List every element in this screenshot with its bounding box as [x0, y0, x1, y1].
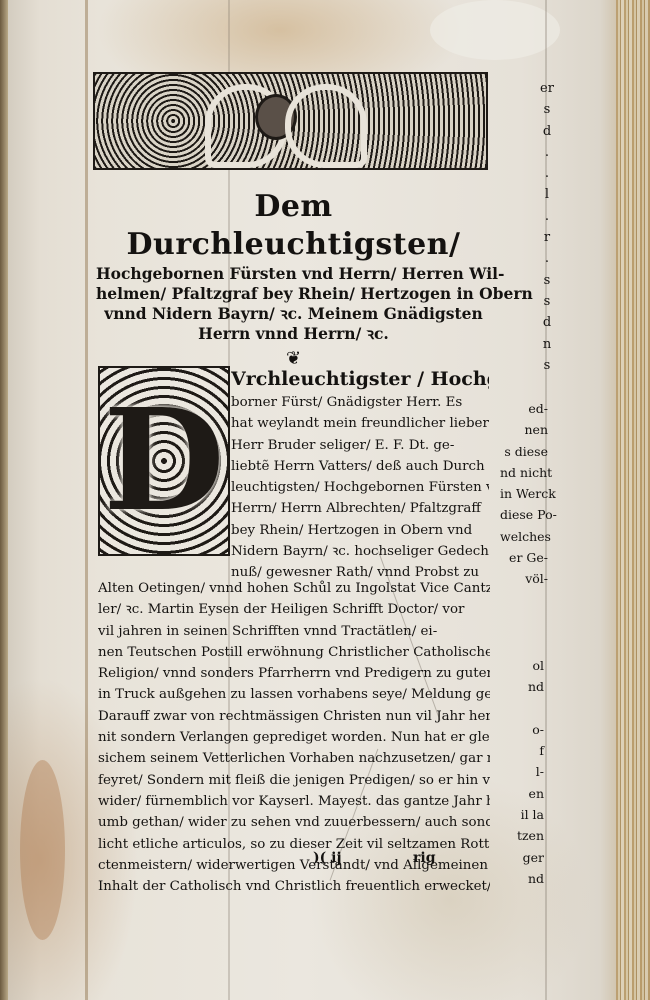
binding-edge-left: [0, 0, 8, 1000]
fragment-line: l: [540, 184, 554, 205]
text-line: Alten Oetingen/ vnnd hohen Schůl zu Ingo…: [98, 578, 490, 599]
text-line: umb gethan/ wider zu sehen vnd zuuerbess…: [98, 812, 490, 833]
text-line: hat weylandt mein freundlicher lieber: [231, 413, 489, 434]
dedication-line: Herrn vnnd Herrn/ ꝛc.: [96, 324, 491, 344]
fragment-line: f: [500, 740, 544, 761]
fragment-line: nen: [500, 419, 548, 440]
fragment-line: nd: [500, 676, 544, 697]
fragment-line: s: [540, 99, 554, 120]
fragment-line: nd: [500, 868, 544, 889]
dedication-title-block: Dem Durchleuchtigsten/ Hochgebornen Fürs…: [96, 188, 491, 369]
text-line: Vrchleuchtigster / Hochge-: [231, 366, 489, 392]
fragment-line: en: [500, 783, 544, 804]
fragment-line: welches: [500, 526, 548, 547]
scroll-ornament-icon: [285, 84, 367, 168]
catchword: rig: [413, 850, 435, 866]
adjacent-page-margin-fragment: er s d . . l . r . s s d n s: [540, 78, 554, 376]
fragment-line: diese Po-: [500, 504, 548, 525]
fragment-line: s: [540, 291, 554, 312]
fragment-line: s diese: [500, 441, 548, 462]
text-line: wider/ fürnemblich vor Kayserl. Mayest. …: [98, 791, 490, 812]
fragment-line: er: [540, 78, 554, 99]
fragment-line: ger: [500, 847, 544, 868]
fragment-line: er Ge-: [500, 547, 548, 568]
fragment-line: nd nicht: [500, 462, 548, 483]
text-line: sichem seinem Vetterlichen Vorhaben nach…: [98, 748, 490, 769]
paper-tear-patch: [430, 0, 560, 60]
fragment-line: n: [540, 334, 554, 355]
fragment-line: ed-: [500, 398, 548, 419]
text-line: ler/ ꝛc. Martin Eysen der Heiligen Schri…: [98, 599, 490, 620]
water-stain: [20, 760, 65, 940]
text-line: in Truck außgehen zu lassen vorhabens se…: [98, 684, 490, 705]
fragment-line: d: [540, 312, 554, 333]
fragment-line: in Werck: [500, 483, 548, 504]
fragment-line: r: [540, 227, 554, 248]
text-line: bey Rhein/ Hertzogen in Obern vnd: [231, 520, 489, 541]
fragment-line: [500, 698, 544, 719]
text-line: Darauff zwar von rechtmässigen Christen …: [98, 706, 490, 727]
dedication-line: vnnd Nidern Bayrn/ ꝛc. Meinem Gnädigsten: [96, 304, 491, 324]
fragment-line: d: [540, 121, 554, 142]
fragment-line: tzen: [500, 825, 544, 846]
adjacent-page-fragment: ed- nen s diese nd nicht in Werck diese …: [500, 398, 548, 590]
text-line: borner Fürst/ Gnädigster Herr. Es: [231, 392, 489, 413]
fragment-line: l-: [500, 761, 544, 782]
text-line: vil jahren in seinen Schrifften vnnd Tra…: [98, 621, 490, 642]
text-line: Herrn/ Herrn Albrechten/ Pfaltzgraff: [231, 498, 489, 519]
text-line: Herr Bruder seliger/ E. F. Dt. ge-: [231, 435, 489, 456]
fragment-line: .: [540, 248, 554, 269]
fragment-line: .: [540, 163, 554, 184]
dedication-heading: Dem Durchleuchtigsten/: [96, 188, 491, 264]
fragment-line: .: [540, 142, 554, 163]
text-line: Nidern Bayrn/ ꝛc. hochseliger Gedecht: [231, 541, 489, 562]
fragment-line: s: [540, 270, 554, 291]
text-line: feyret/ Sondern mit fleiß die jenigen Pr…: [98, 770, 490, 791]
decorated-initial-icon: D: [98, 366, 230, 556]
fragment-line: ol: [500, 655, 544, 676]
body-text-beside-initial: Vrchleuchtigster / Hochge- borner Fürst/…: [231, 366, 489, 584]
fragment-line: o-: [500, 719, 544, 740]
fragment-line: .: [540, 206, 554, 227]
initial-letter: D: [100, 368, 228, 554]
adjacent-page-fragment: ol nd o- f l- en il la tzen ger nd: [500, 655, 544, 889]
text-line: nit sondern Verlangen geprediget worden.…: [98, 727, 490, 748]
signature-mark: )( ij: [313, 850, 342, 866]
page-edges-right: [616, 0, 650, 1000]
text-line: Inhalt der Catholisch vnd Christlich fre…: [98, 876, 490, 897]
dedication-line: helmen/ Pfaltzgraf bey Rhein/ Hertzogen …: [96, 284, 491, 304]
fragment-line: il la: [500, 804, 544, 825]
fold-crease: [85, 0, 88, 1000]
fragment-line: völ-: [500, 568, 548, 589]
text-line: liebtẽ Herrn Vatters/ deß auch Durch: [231, 456, 489, 477]
text-line: Religion/ vnnd sonders Pfarrherrn vnd Pr…: [98, 663, 490, 684]
text-line: leuchtigsten/ Hochgebornen Fürsten vñ: [231, 477, 489, 498]
ornamental-headpiece-icon: [93, 72, 488, 170]
dedication-line: Hochgebornen Fürsten vnd Herrn/ Herren W…: [96, 264, 491, 284]
text-line: nen Teutschen Postill erwöhnung Christli…: [98, 642, 490, 663]
fragment-line: s: [540, 355, 554, 376]
